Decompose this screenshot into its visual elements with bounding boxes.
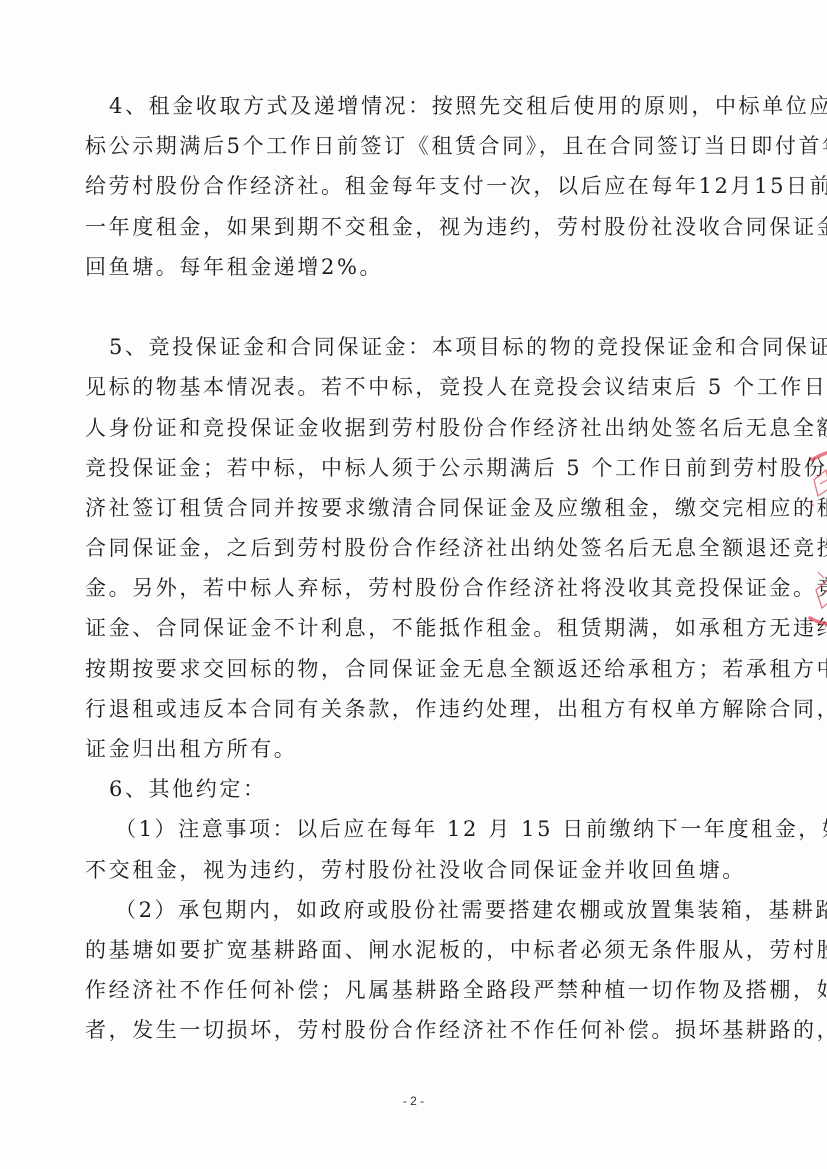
document-page: 4、租金收取方式及递增情况：按照先交租后使用的原则，中标单位应在中 标公示期满后… xyxy=(0,0,827,1169)
text-line: 标公示期满后5个工作日前签订《租赁合同》，且在合同签订当日即付首年租金 xyxy=(85,126,753,166)
text-line: 济社签订租赁合同并按要求缴清合同保证金及应缴租金，缴交完相应的租金和 xyxy=(85,488,753,528)
text-line: 4、租金收取方式及递增情况：按照先交租后使用的原则，中标单位应在中 xyxy=(85,86,753,126)
text-line: 者，发生一切损坏，劳村股份合作经济社不作任何补偿。损坏基耕路的，由中 xyxy=(85,1010,753,1050)
text-line: 行退租或违反本合同有关条款，作违约处理，出租方有权单方解除合同，合同保 xyxy=(85,689,753,729)
page-number: - 2 - xyxy=(0,1094,827,1108)
text-line: 不交租金，视为违约，劳村股份社没收合同保证金并收回鱼塘。 xyxy=(85,850,753,890)
text-line: 金。另外，若中标人弃标，劳村股份合作经济社将没收其竞投保证金。竞投保 xyxy=(85,568,753,608)
document-body: 4、租金收取方式及递增情况：按照先交租后使用的原则，中标单位应在中 标公示期满后… xyxy=(85,86,753,1051)
section-heading: 6、其他约定： xyxy=(85,769,753,809)
text-line: 证金、合同保证金不计利息，不能抵作租金。租赁期满，如承租方无违约，且 xyxy=(85,608,753,648)
text-line: 人身份证和竞投保证金收据到劳村股份合作经济社出纳处签名后无息全额退还 xyxy=(85,408,753,448)
paragraph-section-6-2: （2）承包期内，如政府或股份社需要搭建农棚或放置集装箱，基耕路两旁 的基塘如要扩… xyxy=(85,890,753,1051)
text-line: 合同保证金，之后到劳村股份合作经济社出纳处签名后无息全额退还竞投保证 xyxy=(85,528,753,568)
text-line: 一年度租金，如果到期不交租金，视为违约，劳村股份社没收合同保证金并收 xyxy=(85,207,753,247)
text-line: 回鱼塘。每年租金递增2%。 xyxy=(85,247,753,287)
text-line: 证金归出租方所有。 xyxy=(85,729,753,769)
text-line: 按期按要求交回标的物，合同保证金无息全额返还给承租方；若承租方中途自 xyxy=(85,649,753,689)
text-line: 的基塘如要扩宽基耕路面、闸水泥板的，中标者必须无条件服从，劳村股份合 xyxy=(85,930,753,970)
paragraph-section-4: 4、租金收取方式及递增情况：按照先交租后使用的原则，中标单位应在中 标公示期满后… xyxy=(85,86,753,287)
text-line: 5、竞投保证金和合同保证金：本项目标的物的竞投保证金和合同保证金详 xyxy=(85,327,753,367)
paragraph-section-6-1: （1）注意事项：以后应在每年 12 月 15 日前缴纳下一年度租金，如果到期 不… xyxy=(85,809,753,889)
blank-line xyxy=(85,287,753,327)
section-6-heading: 6、其他约定： xyxy=(85,769,753,809)
text-line: （1）注意事项：以后应在每年 12 月 15 日前缴纳下一年度租金，如果到期 xyxy=(85,809,753,849)
text-line: 给劳村股份合作经济社。租金每年支付一次，以后应在每年12月15日前缴纳下 xyxy=(85,166,753,206)
text-line: 竞投保证金；若中标，中标人须于公示期满后 5 个工作日前到劳村股份合作经 xyxy=(85,448,753,488)
text-line: （2）承包期内，如政府或股份社需要搭建农棚或放置集装箱，基耕路两旁 xyxy=(85,890,753,930)
paragraph-section-5: 5、竞投保证金和合同保证金：本项目标的物的竞投保证金和合同保证金详 见标的物基本… xyxy=(85,327,753,769)
text-line: 作经济社不作任何补偿；凡属基耕路全路段严禁种植一切作物及搭棚，如有违 xyxy=(85,970,753,1010)
text-line: 见标的物基本情况表。若不中标，竞投人在竞投会议结束后 5 个工作日内凭个 xyxy=(85,367,753,407)
